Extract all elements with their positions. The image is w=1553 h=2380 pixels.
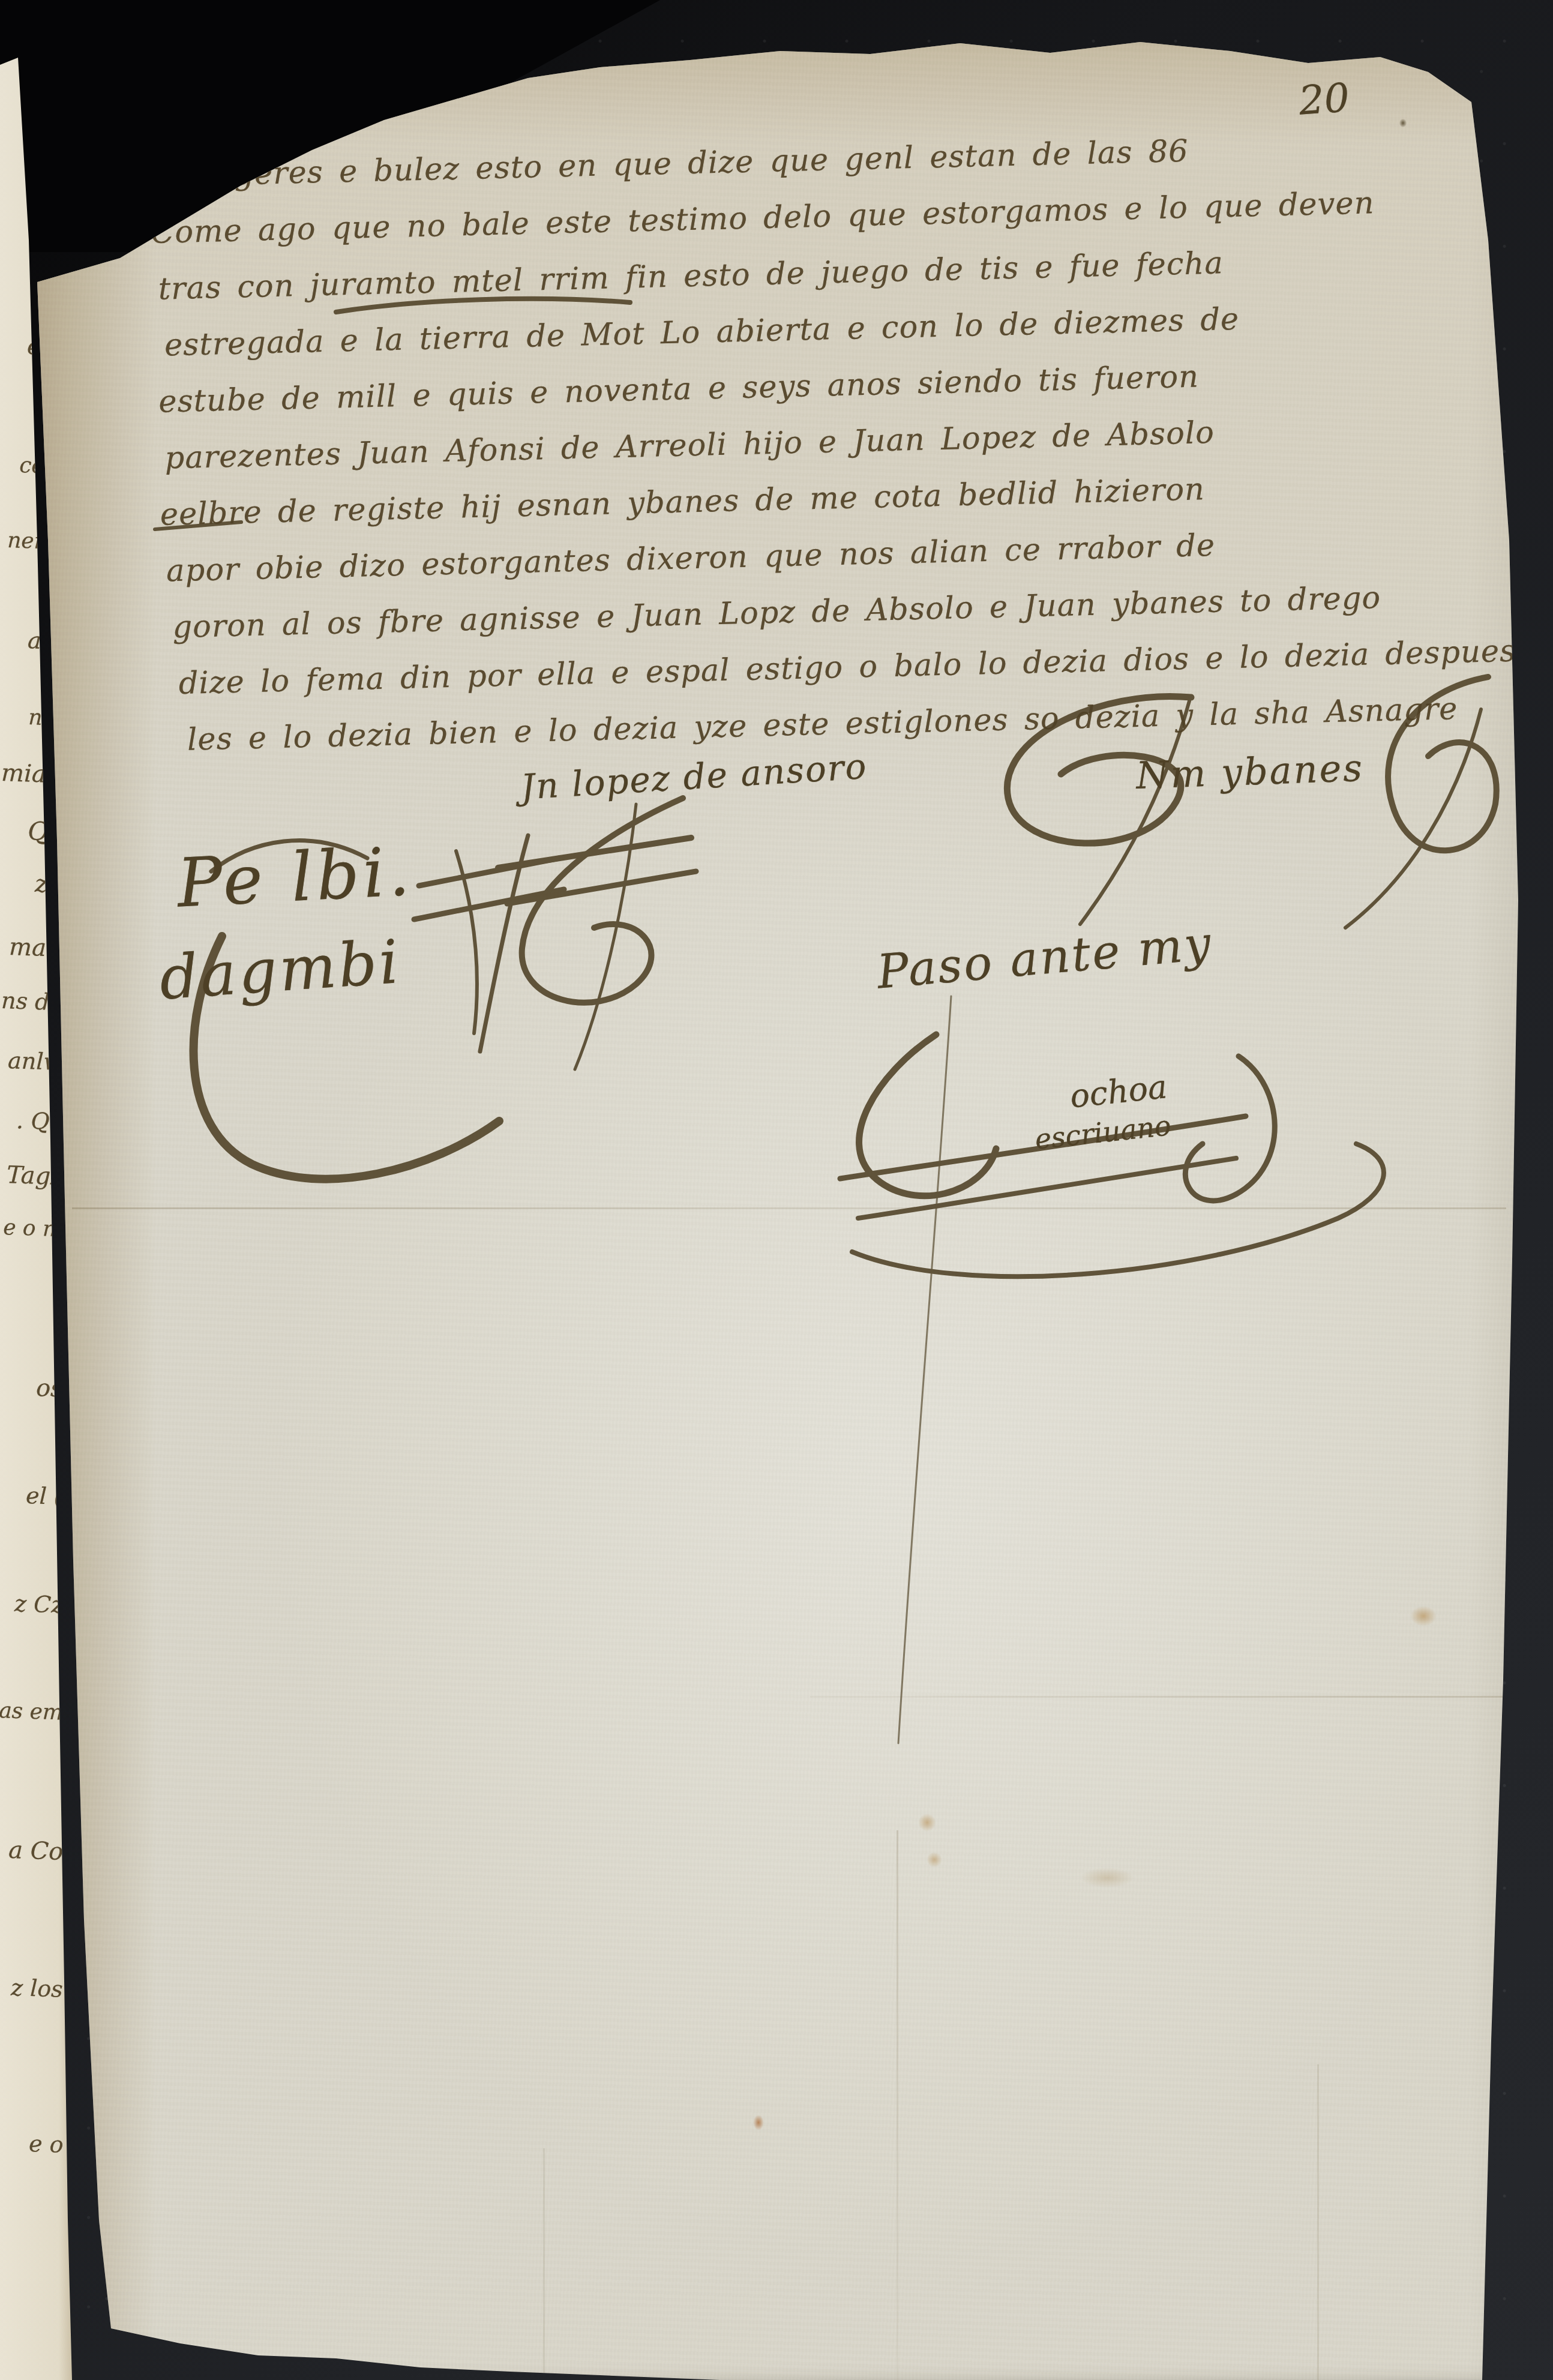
margin-fragment: ma ( <box>8 933 64 963</box>
margin-fragment: z los <box>11 1974 64 2003</box>
signature-flourish <box>194 936 499 1179</box>
margin-fragment: e o m <box>3 1215 64 1242</box>
margin-fragment: a Co <box>8 1836 64 1866</box>
signature-flourish <box>1388 677 1497 850</box>
ink-stroke <box>155 522 241 529</box>
signature-flourish <box>1007 696 1191 843</box>
signature-flourish <box>522 798 683 1003</box>
margin-fragment: mia ( <box>1 759 64 789</box>
photographed-manuscript-scene: st e fi ceci nerw a n n. l mia ( Qe zb m… <box>0 0 1553 2380</box>
manuscript-page: 20 mugeres e bulez esto en que dize que … <box>0 0 1553 2380</box>
margin-fragment: ns de <box>1 987 64 1016</box>
signature-flourish <box>507 871 696 904</box>
signature-flourish <box>1185 1056 1275 1201</box>
signature-flourish <box>1080 701 1189 924</box>
ink-stroke <box>898 996 951 1743</box>
margin-fragment: os <box>36 1374 64 1403</box>
ink-stroke <box>336 299 630 312</box>
margin-fragment: el ( <box>26 1482 64 1510</box>
margin-fragment: z Cz <box>14 1590 64 1618</box>
signature-rubrics-overlay <box>0 0 1553 2380</box>
margin-fragment: as em <box>0 1698 64 1725</box>
margin-fragment: e o <box>28 2130 64 2158</box>
margin-fragment: . Qe <box>16 1107 64 1135</box>
margin-fragment: anlw <box>8 1047 64 1075</box>
signature-flourish <box>211 841 367 871</box>
margin-fragment: Tagz <box>6 1161 64 1191</box>
